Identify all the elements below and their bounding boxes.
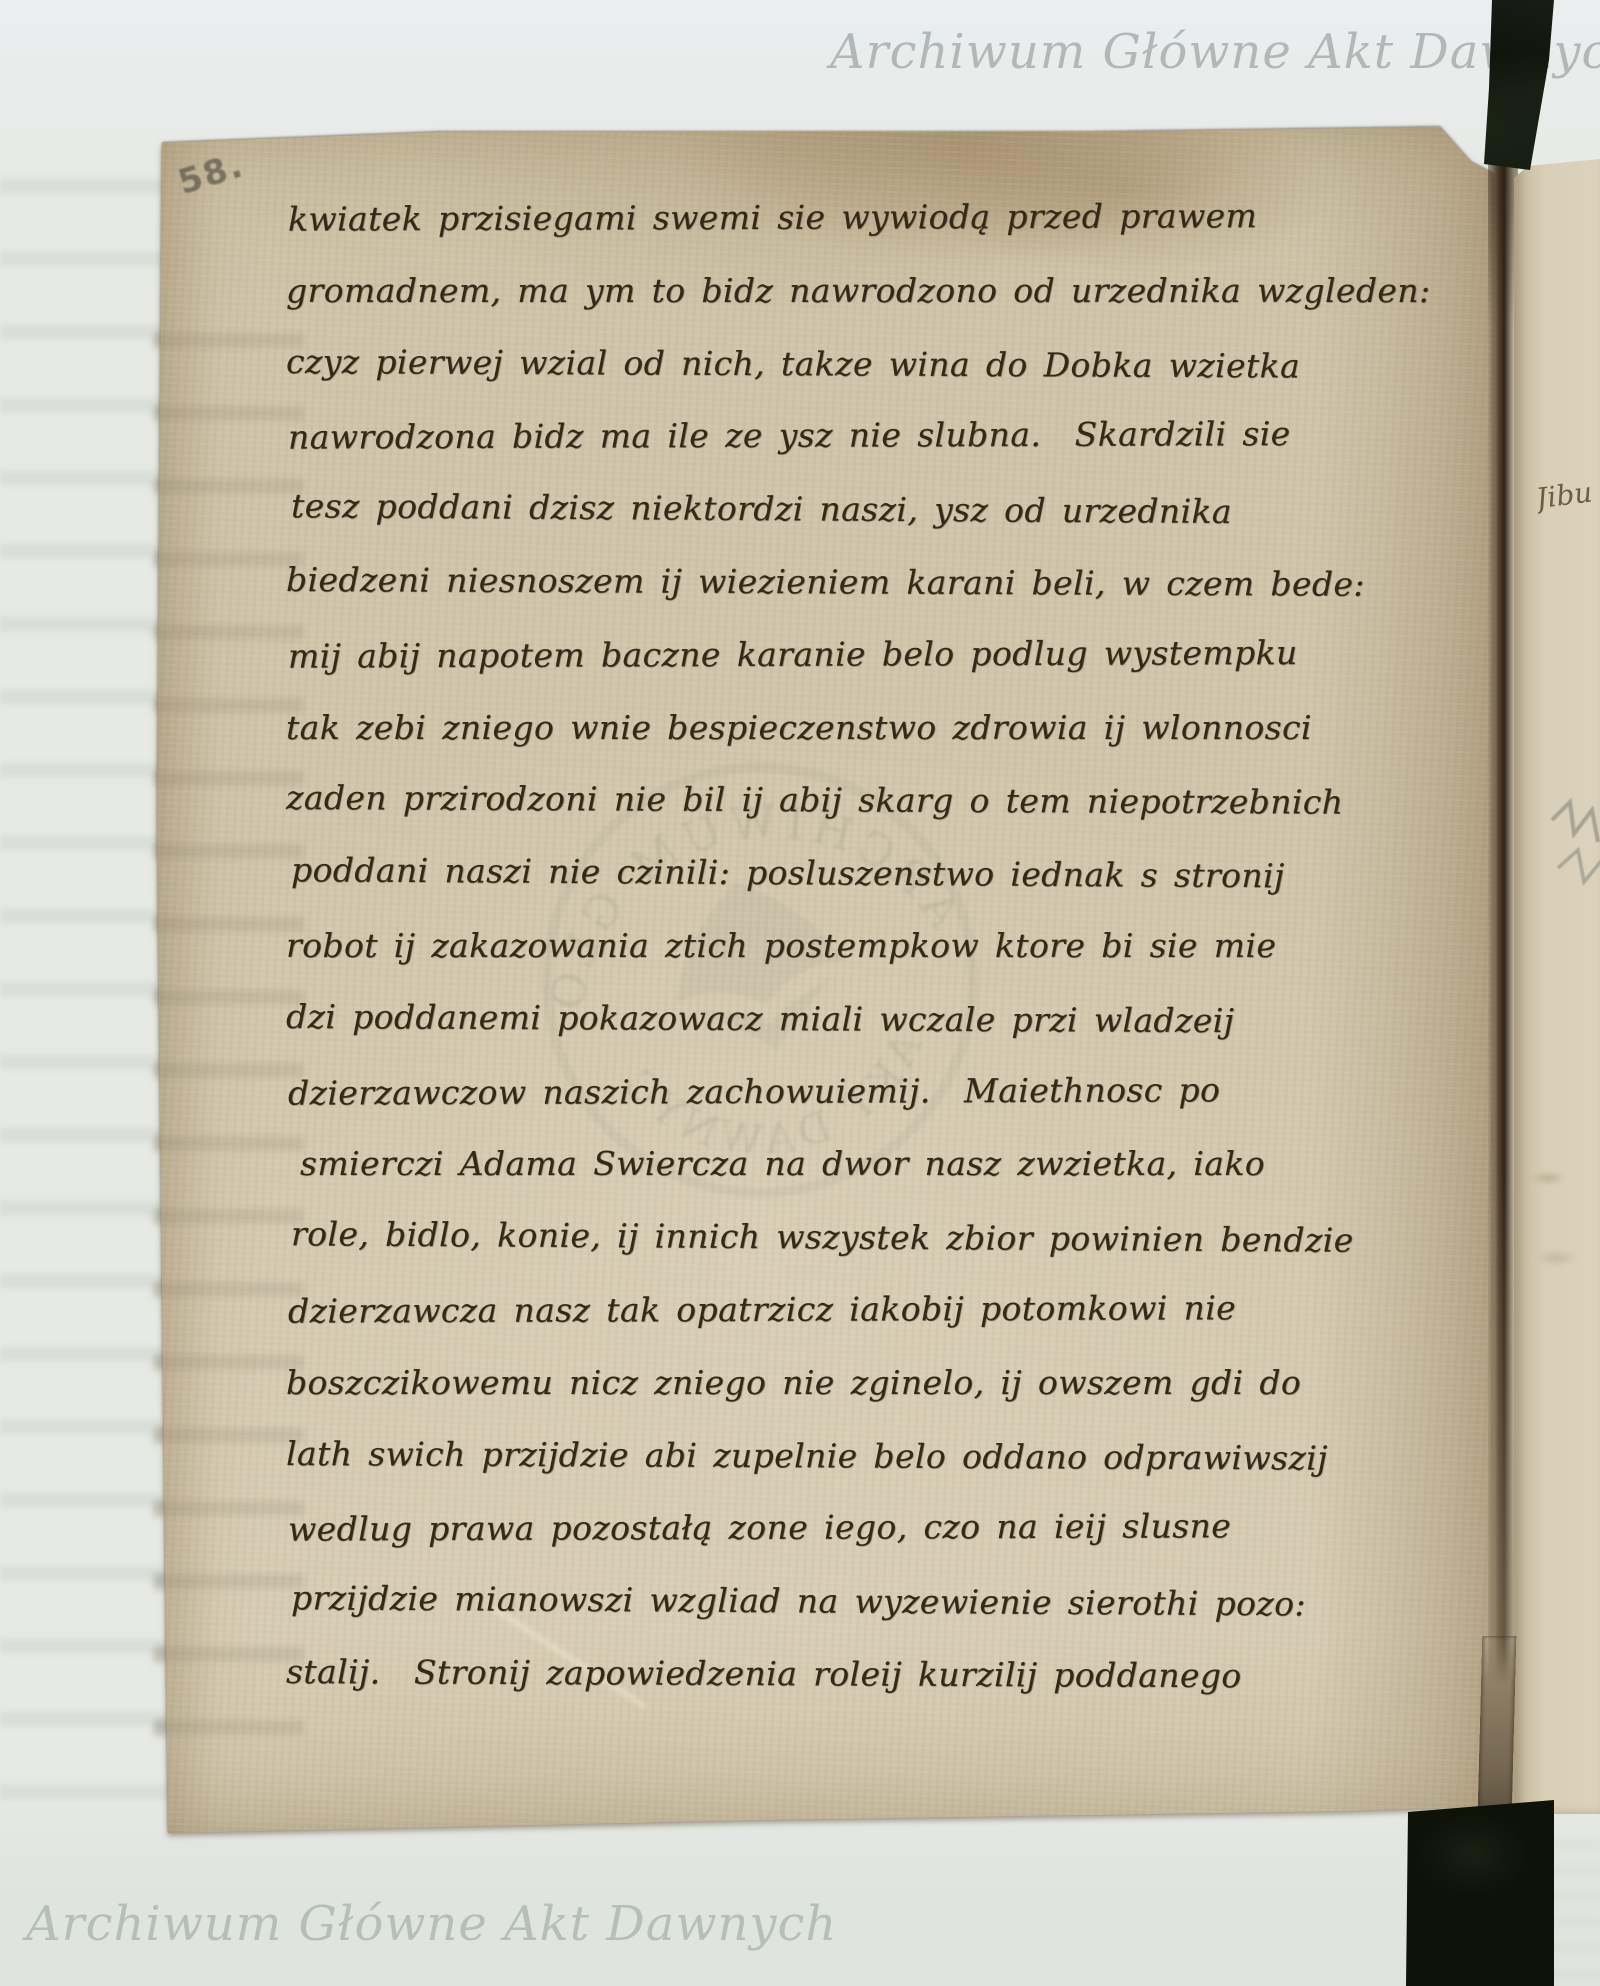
- manuscript-line: smierczi Adama Swiercza na dwor nasz zwz…: [286, 1128, 1196, 1201]
- manuscript-line: tesz poddani dzisz niektordzi naszi, ysz…: [291, 470, 1201, 548]
- manuscript-line: kwiatek przisiegami swemi sie wywiodą pr…: [288, 180, 1198, 256]
- manuscript-line: mij abij napotem baczne karanie belo pod…: [288, 617, 1198, 693]
- manuscript-line: dzierzawczow naszich zachowuiemij. Maiet…: [288, 1054, 1198, 1130]
- verso-text-showthrough: [154, 300, 304, 1740]
- next-page-edge: Jibu: [1514, 126, 1600, 1814]
- manuscript-text-block: kwiatek przisiegami swemi sie wywiodą pr…: [286, 182, 1196, 1711]
- manuscript-line: dzierzawcza nasz tak opatrzicz iakobij p…: [288, 1272, 1198, 1348]
- archive-watermark-bottom: Archiwum Główne Akt Dawnych: [26, 1896, 837, 1952]
- manuscript-line: wedlug prawa pozostałą zone iego, czo na…: [288, 1491, 1198, 1567]
- manuscript-line: boszczikowemu nicz zniego nie zginelo, i…: [286, 1347, 1196, 1420]
- backing-sheet-streaks: [0, 150, 170, 1840]
- book-gutter: [1488, 126, 1518, 1814]
- manuscript-line: poddani naszi nie czinili: posluszenstwo…: [291, 834, 1201, 912]
- manuscript-line: dzi poddanemi pokazowacz miali wczale pr…: [286, 981, 1196, 1058]
- archive-watermark-top: Archiwum Główne Akt Dawnych: [830, 24, 1600, 80]
- manuscript-line: robot ij zakazowania ztich postempkow kt…: [286, 910, 1196, 983]
- ink-showthrough: [1524, 1146, 1584, 1306]
- manuscript-line: zaden przirodzoni nie bil ij abij skarg …: [286, 762, 1196, 839]
- manuscript-line: nawrodzona bidz ma ile ze ysz nie slubna…: [288, 399, 1198, 475]
- pencil-scribble: [1548, 790, 1600, 900]
- manuscript-page: ARCHIWUM GŁÓWNE AKT DAWNYCH 58. kwiatek …: [150, 120, 1500, 1836]
- manuscript-line: biedzeni niesnoszem ij wiezieniem karani…: [286, 544, 1196, 621]
- manuscript-line: lath swich przijdzie abi zupelnie belo o…: [286, 1418, 1196, 1495]
- binding-tape: [1478, 1636, 1517, 1814]
- manuscript-line: przijdzie mianowszi wzgliad na wyzewieni…: [291, 1562, 1201, 1640]
- manuscript-line: gromadnem, ma ym to bidz nawrodzono od u…: [286, 255, 1196, 328]
- margin-note: Jibu: [1534, 474, 1600, 515]
- book-spine-band: [1406, 1798, 1554, 1986]
- manuscript-line: role, bidlo, konie, ij innich wszystek z…: [291, 1198, 1201, 1276]
- manuscript-line: czyz pierwej wzial od nich, takze wina d…: [286, 326, 1196, 403]
- archive-scan: Archiwum Główne Akt Dawnych Archiwum Głó…: [0, 0, 1600, 1986]
- manuscript-line: stalij. Stronij zapowiedzenia roleij kur…: [286, 1636, 1196, 1713]
- manuscript-line: tak zebi zniego wnie bespieczenstwo zdro…: [286, 692, 1196, 765]
